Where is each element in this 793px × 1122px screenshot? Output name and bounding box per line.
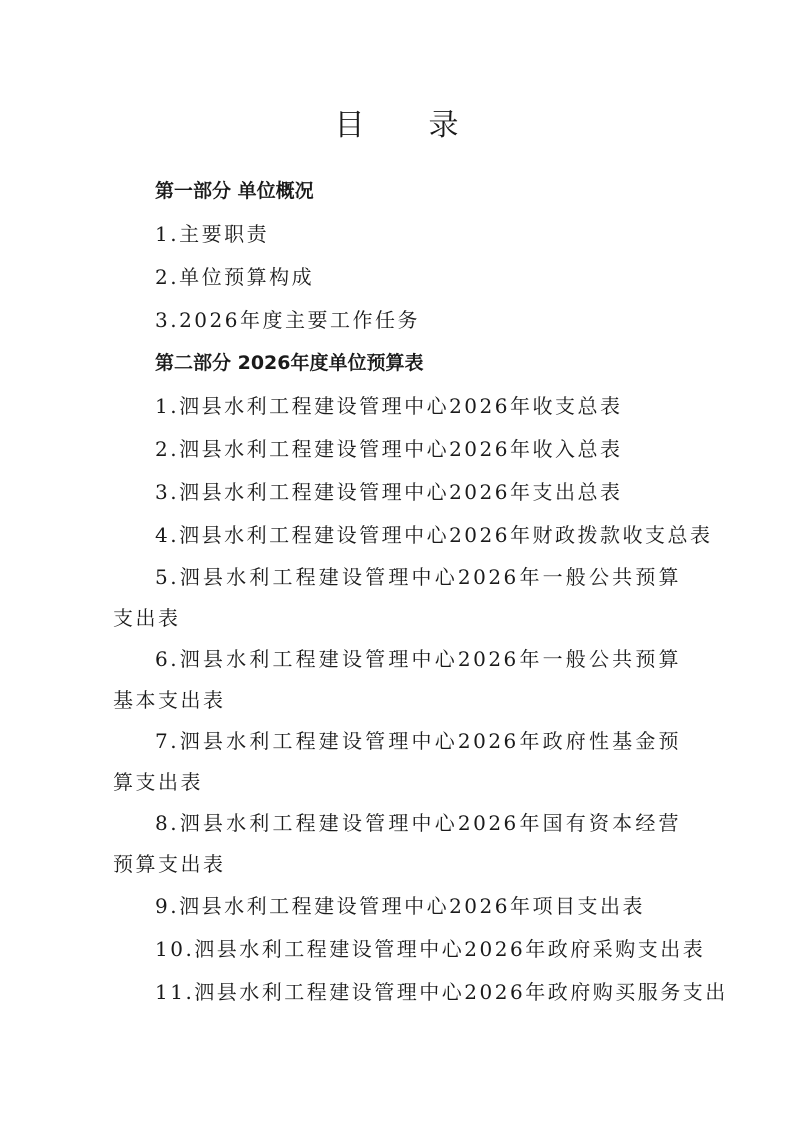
toc-item[interactable]: 5.泗县水利工程建设管理中心2026年一般公共预算支出表: [113, 557, 681, 639]
toc-item[interactable]: 4.泗县水利工程建设管理中心2026年财政拨款收支总表: [113, 514, 681, 557]
section-heading-part2[interactable]: 第二部分 2026年度单位预算表: [113, 342, 681, 385]
title-char-2: 录: [429, 100, 459, 144]
toc-item[interactable]: 9.泗县水利工程建设管理中心2026年项目支出表: [113, 885, 681, 928]
toc-item[interactable]: 1.主要职责: [113, 213, 681, 256]
table-of-contents: 第一部分 单位概况 1.主要职责 2.单位预算构成 3.2026年度主要工作任务…: [113, 170, 681, 1014]
page-title: 目录: [0, 100, 793, 144]
toc-item[interactable]: 10.泗县水利工程建设管理中心2026年政府采购支出表: [113, 928, 681, 971]
toc-item[interactable]: 8.泗县水利工程建设管理中心2026年国有资本经营预算支出表: [113, 803, 681, 885]
toc-item[interactable]: 2.单位预算构成: [113, 256, 681, 299]
toc-item[interactable]: 3.泗县水利工程建设管理中心2026年支出总表: [113, 471, 681, 514]
toc-item[interactable]: 6.泗县水利工程建设管理中心2026年一般公共预算基本支出表: [113, 639, 681, 721]
toc-item[interactable]: 2.泗县水利工程建设管理中心2026年收入总表: [113, 428, 681, 471]
title-char-1: 目: [335, 100, 365, 144]
toc-item[interactable]: 3.2026年度主要工作任务: [113, 299, 681, 342]
toc-item[interactable]: 1.泗县水利工程建设管理中心2026年收支总表: [113, 385, 681, 428]
toc-item[interactable]: 11.泗县水利工程建设管理中心2026年政府购买服务支出: [113, 971, 681, 1014]
section-heading-part1[interactable]: 第一部分 单位概况: [113, 170, 681, 213]
toc-item[interactable]: 7.泗县水利工程建设管理中心2026年政府性基金预算支出表: [113, 721, 681, 803]
